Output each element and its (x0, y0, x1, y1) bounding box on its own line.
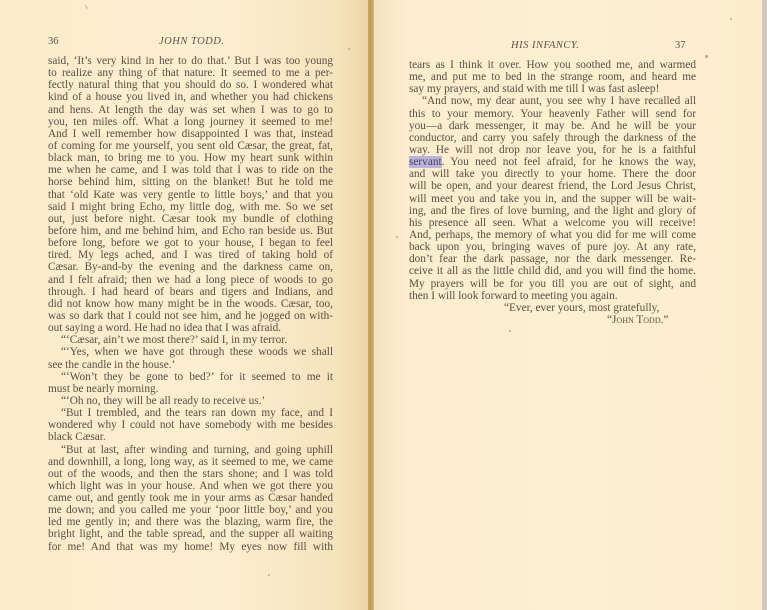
text-line: of coming for me yourself, you sent old … (48, 140, 333, 152)
text-line: must be nearly morning. (48, 383, 333, 395)
paper-speck (85, 5, 88, 9)
running-head-right: HIS INFANCY. (511, 40, 579, 51)
text-line: ceive it all as the little child did, an… (409, 265, 696, 277)
text-line-rest: . You need not feel afraid, for he knows… (442, 156, 696, 168)
text-line: bright light, and the table spread, and … (48, 528, 333, 540)
text-line: black Cæsar. (48, 431, 333, 443)
text-line: came out, and gently took me in your arm… (48, 492, 333, 504)
text-line: “‘Won’t they be gone to bed?’ for it see… (48, 371, 333, 383)
text-line: Cæsar. By-and-by the evening and the dar… (48, 261, 333, 273)
text-line: see the candle in the house.’ (48, 359, 333, 371)
text-line: And I well remember how disappointed I w… (48, 128, 333, 140)
page-number-right: 37 (675, 40, 686, 51)
paper-speck (396, 236, 398, 238)
text-line: you, ten miles off. What a long journey … (48, 116, 333, 128)
text-line: “‘Oh no, they will be all ready to recei… (48, 395, 333, 407)
text-line: and downhill, a long, long way, as it se… (48, 456, 333, 468)
text-line: out of the woods, and then the stars sho… (48, 468, 333, 480)
text-line: to realize any thing of that nature. It … (48, 67, 333, 79)
left-page-body: said, ‘It’s very kind in her to do that.… (48, 55, 333, 553)
paper-speck (509, 330, 511, 332)
text-line: “And now, my dear aunt, you see why I ha… (409, 95, 696, 107)
right-page: HIS INFANCY. 37 tears as I think it over… (374, 0, 762, 610)
paper-speck (268, 574, 270, 576)
text-line: for me! And that was my home! My eyes no… (48, 541, 333, 553)
paper-speck (730, 18, 732, 20)
running-head-left: JOHN TODD. (159, 36, 224, 47)
text-line: then I will look forward to meeting you … (409, 290, 696, 302)
text-line: and I felt afraid; then we had a long pi… (48, 274, 333, 286)
text-line: kind of a house you lived in, and whethe… (48, 91, 333, 103)
text-line: way. He will not drop nor leave you, for… (409, 144, 696, 156)
text-line: before long, before we got to your house… (48, 237, 333, 249)
right-page-body: tears as I think it over. How you soothe… (409, 59, 696, 326)
text-line: And, perhaps, the memory of what you did… (409, 229, 696, 241)
text-line: “But at last, after winding and turning,… (48, 444, 333, 456)
text-line: back upon you, bringing waves of pure jo… (409, 241, 696, 253)
text-line: which light was in your house. And when … (48, 480, 333, 492)
text-line: horse behind him, sitting on the blanket… (48, 176, 333, 188)
text-line: his presence all seen. What a welcome yo… (409, 217, 696, 229)
text-line: this to your memory. Your heavenly Fathe… (409, 108, 696, 120)
text-line: was so dark that I could not see him, an… (48, 310, 333, 322)
text-line: black man, to bring me to you. How my he… (48, 152, 333, 164)
text-line: said I might bring Echo, my little dog, … (48, 201, 333, 213)
text-line-with-highlight: servant. You need not feel afraid, for h… (409, 156, 696, 168)
text-line: me when he came, and I was told that I w… (48, 164, 333, 176)
text-line: did not know how many might be in the wo… (48, 298, 333, 310)
text-line: My prayers will be for you till you are … (409, 278, 696, 290)
text-line: out saying a word. He had no idea that I… (48, 322, 333, 334)
text-line: me down; and you called me your ‘poor li… (48, 504, 333, 516)
text-line: “‘Cæsar, ain’t we most there?’ said I, i… (48, 334, 333, 346)
left-page: 36 JOHN TODD. said, ‘It’s very kind in h… (0, 0, 368, 610)
text-line: ing, and the fires of love burning, and … (409, 205, 696, 217)
text-line: and will take you directly to your home.… (409, 168, 696, 180)
text-line: tears as I think it over. How you soothe… (409, 59, 696, 71)
text-line: don’t fear the dark passage, nor the dar… (409, 253, 696, 265)
text-line: tired. My legs ached, and I was tired of… (48, 249, 333, 261)
text-line: will be open, and your dearest friend, t… (409, 180, 696, 192)
text-line: and hens. At length the day was set when… (48, 104, 333, 116)
signature-line: “John Todd.” (409, 314, 696, 326)
text-line: will meet you and take you in, and the s… (409, 193, 696, 205)
paper-speck (348, 48, 350, 50)
page-number-left: 36 (48, 36, 59, 47)
text-line: wondered why I could not have somebody w… (48, 419, 333, 431)
text-line: “‘Yes, when we have got through these wo… (48, 346, 333, 358)
text-line: said, ‘It’s very kind in her to do that.… (48, 55, 333, 67)
text-line: conductor, and carry you safely through … (409, 132, 696, 144)
text-line: through. I had heard of bears and tigers… (48, 286, 333, 298)
text-line: fectly natural thing that you should do … (48, 79, 333, 91)
closing-line: “Ever, ever yours, most gratefully, (409, 302, 696, 314)
paper-speck (705, 55, 708, 58)
viewer-edge (762, 0, 767, 610)
text-line: “But I trembled, and the tears ran down … (48, 407, 333, 419)
highlighted-word[interactable]: servant (409, 156, 442, 168)
text-line: out, just before night. Cæsar took my bu… (48, 213, 333, 225)
text-line: before him, and me behind him, and Echo … (48, 225, 333, 237)
text-line: me, and put me to bed in the strange roo… (409, 71, 696, 83)
text-line: say my prayers, and staid with me till I… (409, 83, 696, 95)
text-line: led me gently in; and there was the blaz… (48, 516, 333, 528)
text-line: you—a dark messenger, it may be. And he … (409, 120, 696, 132)
text-line: that ‘old Kate was very gentle to little… (48, 189, 333, 201)
